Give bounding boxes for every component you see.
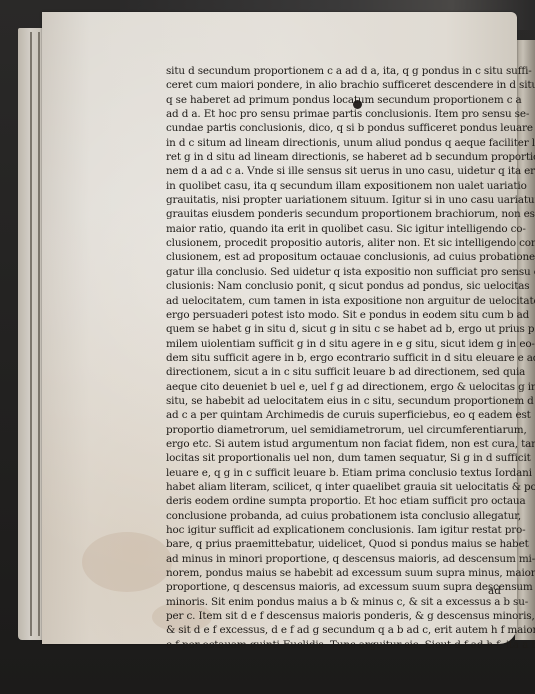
text-line: ergo etc. Si autem istud argumentum non … bbox=[166, 437, 504, 451]
text-line: q se haberet ad primum pondus locatum se… bbox=[166, 93, 504, 107]
text-line: locitas sit proportionalis uel non, dum … bbox=[166, 451, 504, 465]
text-line: ret g in d situ ad lineam directionis, s… bbox=[166, 150, 504, 164]
text-line: bare, q prius praemittebatur, uidelicet,… bbox=[166, 537, 504, 551]
foxing-stain bbox=[82, 532, 172, 592]
text-line: quem se habet g in situ d, sicut g in si… bbox=[166, 322, 504, 336]
text-line: proportio diametrorum, uel semidiametror… bbox=[166, 423, 504, 437]
text-line: norem, pondus maius se habebit ad excess… bbox=[166, 566, 504, 580]
text-line: proportione, q descensus maioris, ad exc… bbox=[166, 580, 504, 594]
text-line: cundae partis conclusionis, dico, q si b… bbox=[166, 121, 504, 135]
text-line: e f per octauam quinti Euclidis. Tunc ar… bbox=[166, 638, 504, 652]
text-line: hoc igitur sufficit ad explicationem con… bbox=[166, 523, 504, 537]
text-line: situ, se habebit ad uelocitatem eius in … bbox=[166, 394, 504, 408]
text-line: conclusione probanda, ad cuius probation… bbox=[166, 509, 504, 523]
text-line: clusionem, procedit propositio autoris, … bbox=[166, 236, 504, 250]
text-line: dem situ sufficit agere in b, ergo econt… bbox=[166, 351, 504, 365]
text-line: clusionem, est ad propositum octauae con… bbox=[166, 250, 504, 264]
text-line: aeque cito deueniet b uel e, uel f g ad … bbox=[166, 380, 504, 394]
text-line: leuare e, q g in c sufficit leuare b. Et… bbox=[166, 466, 504, 480]
text-line: maior ratio, quando ita erit in quolibet… bbox=[166, 222, 504, 236]
text-line: ad c a per quintam Archimedis de curuis … bbox=[166, 408, 504, 422]
text-line: ergo persuaderi potest isto modo. Sit e … bbox=[166, 308, 504, 322]
text-line: habet aliam literam, scilicet, q inter q… bbox=[166, 480, 504, 494]
page-edge-line bbox=[30, 32, 32, 636]
body-text: situ d secundum proportionem c a ad d a,… bbox=[166, 64, 504, 652]
text-line: minoris. Sit enim pondus maius a b & min… bbox=[166, 595, 504, 609]
text-line: per c. Item sit d e f descensus maioris … bbox=[166, 609, 504, 623]
text-line: grauitatis, nisi propter uariationem sit… bbox=[166, 193, 504, 207]
text-line: ad uelocitatem, cum tamen in ista exposi… bbox=[166, 294, 504, 308]
text-line: milem uiolentiam sufficit g in d situ ag… bbox=[166, 337, 504, 351]
text-line: ceret cum maiori pondere, in alio brachi… bbox=[166, 78, 504, 92]
text-line: gatur illa conclusio. Sed uidetur q ista… bbox=[166, 265, 504, 279]
text-line: situ d secundum proportionem c a ad d a,… bbox=[166, 64, 504, 78]
text-line: in d c situm ad lineam directionis, unum… bbox=[166, 136, 504, 150]
text-line: nem d a ad c a. Vnde si ille sensus sit … bbox=[166, 164, 504, 178]
text-line: clusionis: Nam conclusio ponit, q sicut … bbox=[166, 279, 504, 293]
text-line: & sit d e f excessus, d e f ad g secundu… bbox=[166, 623, 504, 637]
text-line: in quolibet casu, ita q secundum illam e… bbox=[166, 179, 504, 193]
text-line: grauitas eiusdem ponderis secundum propo… bbox=[166, 207, 504, 221]
catchword: ad bbox=[488, 585, 501, 597]
page-edge-line bbox=[38, 32, 40, 636]
text-line: directionem, sicut a in c situ sufficit … bbox=[166, 365, 504, 379]
text-line: deris eodem ordine sumpta proportio. Et … bbox=[166, 494, 504, 508]
text-line: ad d a. Et hoc pro sensu primae partis c… bbox=[166, 107, 504, 121]
text-line: ad minus in minori proportione, q descen… bbox=[166, 552, 504, 566]
